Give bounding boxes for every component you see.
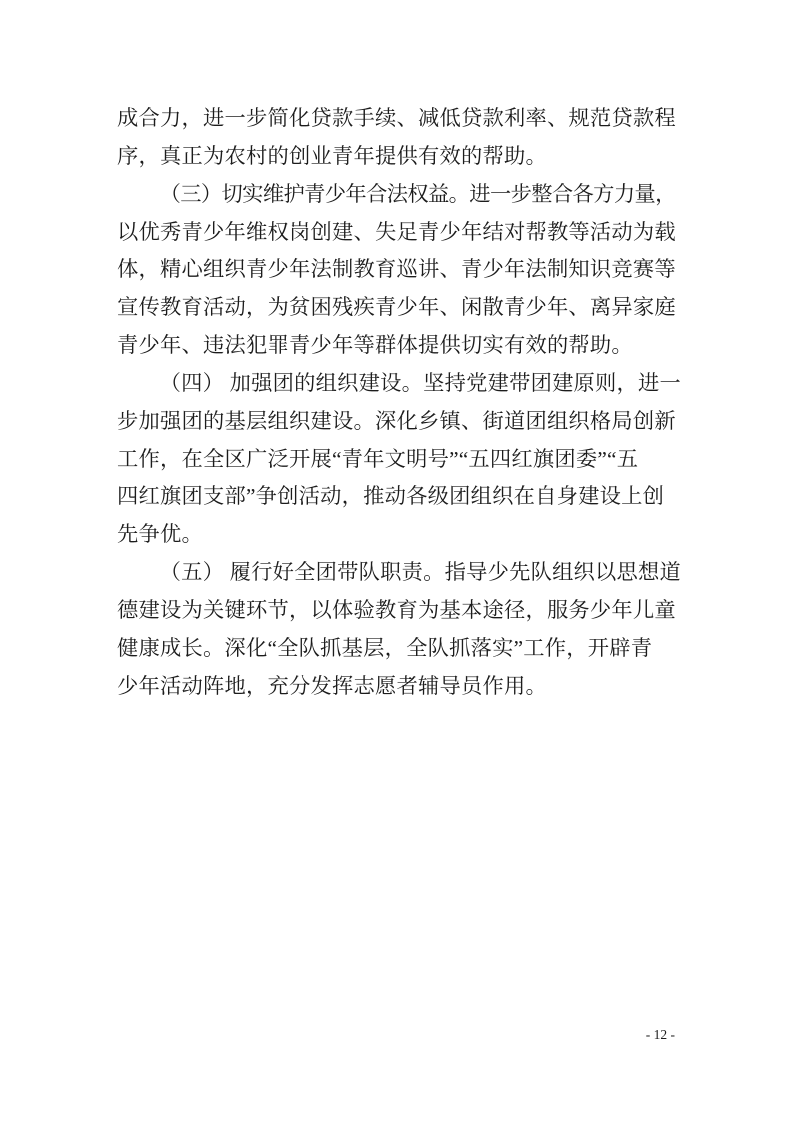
document-line: （三）切实维护青少年合法权益。进一步整合各方力量， bbox=[117, 176, 679, 214]
document-line: 步加强团的基层组织建设。深化乡镇、街道团组织格局创新 bbox=[117, 403, 679, 441]
document-line: 序，真正为农村的创业青年提供有效的帮助。 bbox=[117, 138, 679, 176]
document-line: 健康成长。深化“全队抓基层，全队抓落实”工作，开辟青 bbox=[117, 630, 679, 668]
document-line: 先争优。 bbox=[117, 516, 679, 554]
document-line: 以优秀青少年维权岗创建、失足青少年结对帮教等活动为载 bbox=[117, 214, 679, 252]
document-body-text: 成合力，进一步简化贷款手续、减低贷款利率、规范贷款程 序，真正为农村的创业青年提… bbox=[117, 100, 679, 706]
document-line: 宣传教育活动，为贫困残疾青少年、闲散青少年、离异家庭 bbox=[117, 289, 679, 327]
document-line: 少年活动阵地，充分发挥志愿者辅导员作用。 bbox=[117, 668, 679, 706]
document-line: 德建设为关键环节，以体验教育为基本途径，服务少年儿童 bbox=[117, 592, 679, 630]
document-line: （四） 加强团的组织建设。坚持党建带团建原则，进一 bbox=[117, 365, 679, 403]
document-line: 工作，在全区广泛开展“青年文明号”“五四红旗团委”“五 bbox=[117, 441, 679, 479]
document-line: 青少年、违法犯罪青少年等群体提供切实有效的帮助。 bbox=[117, 327, 679, 365]
document-line: 体，精心组织青少年法制教育巡讲、青少年法制知识竞赛等 bbox=[117, 251, 679, 289]
document-line: 成合力，进一步简化贷款手续、减低贷款利率、规范贷款程 bbox=[117, 100, 679, 138]
document-line: （五） 履行好全团带队职责。指导少先队组织以思想道 bbox=[117, 554, 679, 592]
document-line: 四红旗团支部”争创活动，推动各级团组织在自身建设上创 bbox=[117, 478, 679, 516]
document-page: 成合力，进一步简化贷款手续、减低贷款利率、规范贷款程 序，真正为农村的创业青年提… bbox=[0, 0, 793, 1122]
page-number: - 12 - bbox=[646, 1026, 675, 1044]
